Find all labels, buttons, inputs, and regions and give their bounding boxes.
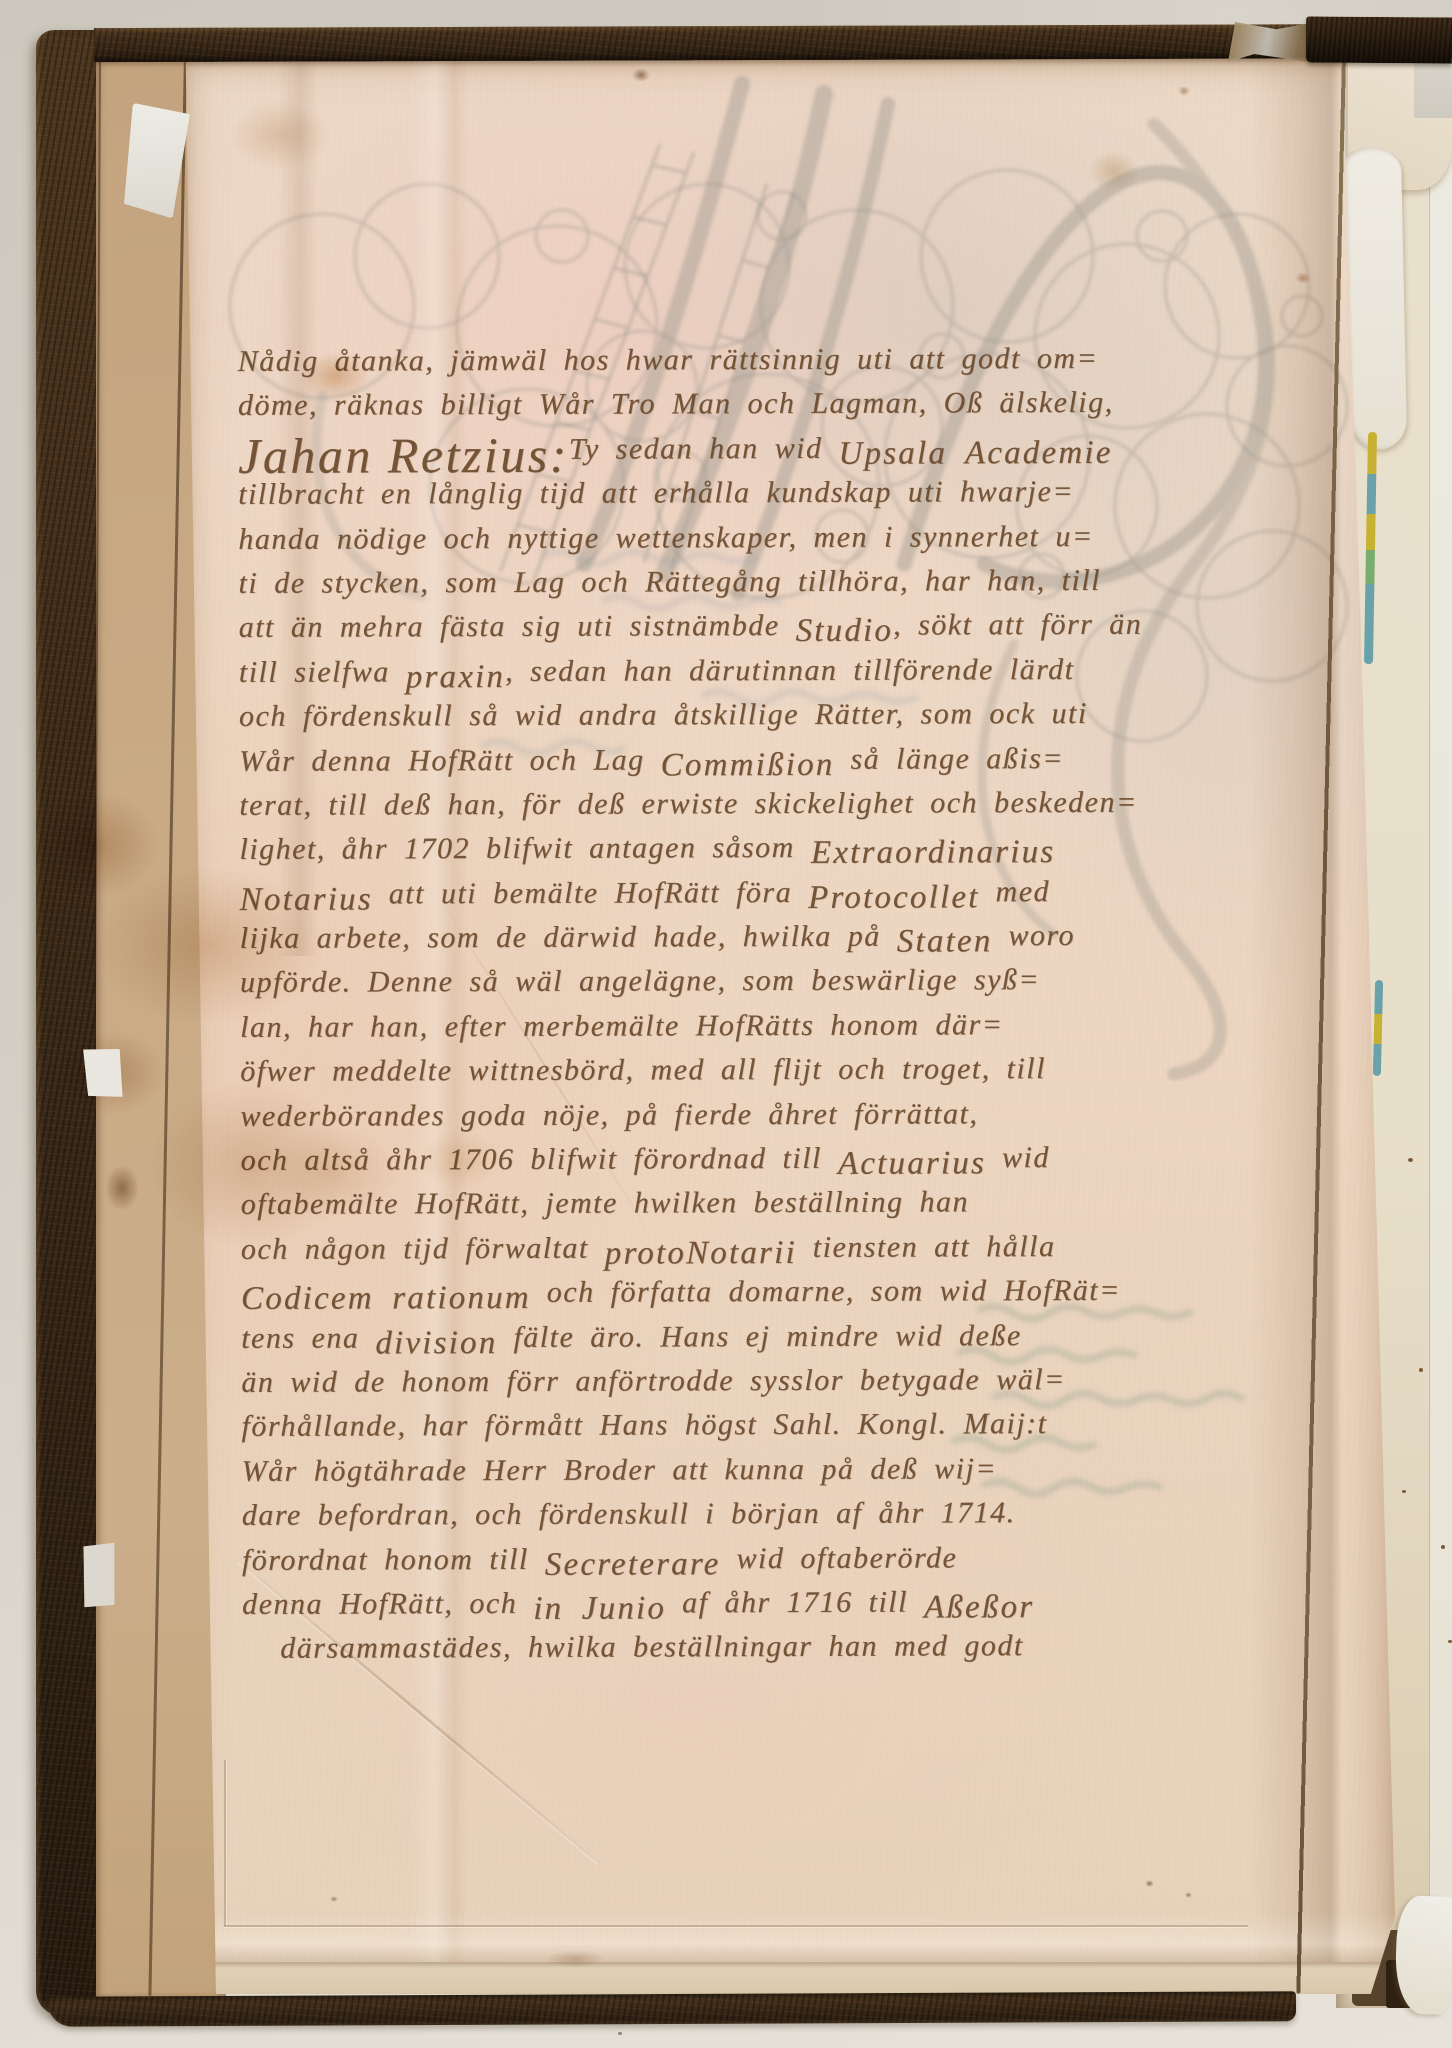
manuscript-segment: in Junio <box>533 1586 666 1631</box>
page-corner-curl <box>1394 1895 1452 2015</box>
manuscript-segment: praxin <box>406 655 506 700</box>
fox-speck <box>1408 1158 1413 1162</box>
manuscript-segment: wederbörandes goda nöje, på fierde åhret… <box>240 1097 978 1133</box>
manuscript-segment: Jahan Retzius: <box>238 433 569 479</box>
manuscript-segment: förhållande, har förmått Hans högst Sahl… <box>241 1407 1047 1443</box>
manuscript-segment: protoNotarii <box>605 1231 797 1276</box>
manuscript-line: och någon tijd förwaltat protoNotarii ti… <box>241 1224 1341 1272</box>
manuscript-line: till sielfwa praxin, sedan han därutinna… <box>239 647 1339 695</box>
manuscript-line: Nådig åtanka, jämwäl hos hwar rättsinnig… <box>238 336 1338 384</box>
manuscript-segment: tiensten att hålla <box>797 1230 1056 1264</box>
manuscript-segment: woro <box>992 919 1075 952</box>
manuscript-line: terat, till deß han, för deß erwiste ski… <box>239 780 1339 828</box>
far-page-edge <box>1429 72 1452 2008</box>
manuscript-line: ti de stycken, som Lag och Rättegång til… <box>238 558 1338 606</box>
manuscript-line: denna HofRätt, och in Junio af åhr 1716 … <box>242 1579 1342 1627</box>
manuscript-segment: därsammastädes, hwilka beställningar han… <box>280 1630 1024 1666</box>
manuscript-segment: öfwer meddelte wittnesbörd, med all flij… <box>240 1052 1046 1088</box>
page-bottom-deckle-edge <box>188 1962 1388 1994</box>
manuscript-segment: förordnat honom till <box>242 1542 545 1576</box>
manuscript-segment: Nådig åtanka, jämwäl hos hwar rättsinnig… <box>238 342 1099 378</box>
manuscript-segment: wid <box>986 1141 1050 1174</box>
manuscript-line: oftabemälte HofRätt, jemte hwilken bestä… <box>241 1180 1341 1228</box>
manuscript-segment: Extraordinarius <box>811 830 1056 875</box>
manuscript-line: dare befordran, och fördenskull i början… <box>242 1490 1342 1538</box>
fox-speck <box>1448 1640 1452 1643</box>
manuscript-line: lijka arbete, som de därwid hade, hwilka… <box>240 913 1340 961</box>
background-gap <box>1414 58 1452 118</box>
manuscript-text: Nådig åtanka, jämwäl hos hwar rättsinnig… <box>238 336 1343 1672</box>
manuscript-segment: wid oftaberörde <box>720 1541 957 1575</box>
manuscript-segment: dare befordran, och fördenskull i början… <box>242 1496 1016 1532</box>
manuscript-segment: tillbracht en långlig tijd att erhålla k… <box>238 475 1074 511</box>
manuscript-segment: Wår högtährade Herr Broder att kunna på … <box>242 1452 998 1488</box>
manuscript-line: lan, har han, efter merbemälte HofRätts … <box>240 1002 1340 1050</box>
paper-fragment <box>80 1541 117 1609</box>
manuscript-segment: Aßeßor <box>924 1585 1035 1630</box>
manuscript-segment: så länge aßis= <box>834 742 1064 776</box>
manuscript-segment: Staten <box>897 919 993 964</box>
manuscript-segment: Upsala Academie <box>838 431 1112 476</box>
manuscript-segment: med <box>979 875 1050 908</box>
manuscript-segment: Codicem rationum <box>241 1276 531 1321</box>
manuscript-segment: Commißion <box>661 742 835 787</box>
manuscript-segment: tens ena <box>241 1321 375 1354</box>
manuscript-line: Notarius att uti bemälte HofRätt föra Pr… <box>240 869 1340 917</box>
manuscript-segment: till sielfwa <box>239 655 406 689</box>
manuscript-segment: handa nödige och nyttige wettenskaper, m… <box>238 520 1093 556</box>
manuscript-segment: denna HofRätt, och <box>242 1587 533 1621</box>
manuscript-line: Wår högtährade Herr Broder att kunna på … <box>242 1446 1342 1494</box>
manuscript-segment: och författa domarne, som wid HofRät= <box>531 1274 1121 1309</box>
manuscript-segment: lan, har han, efter merbemälte HofRätts … <box>240 1008 1003 1044</box>
manuscript-line: öfwer meddelte wittnesbörd, med all flij… <box>240 1046 1340 1094</box>
manuscript-segment: att uti bemälte HofRätt föra <box>373 876 808 911</box>
manuscript-line: wederbörandes goda nöje, på fierde åhret… <box>240 1091 1340 1139</box>
manuscript-line: upförde. Denne så wäl angelägne, som bes… <box>240 958 1340 1006</box>
manuscript-segment: ti de stycken, som Lag och Rättegång til… <box>238 564 1101 600</box>
impressed-border-line <box>224 1760 226 1926</box>
manuscript-segment: än wid de honom förr anförtrodde sysslor… <box>241 1363 1066 1399</box>
bottom-fold-highlight <box>182 1912 1395 1970</box>
cover-corner-fragment <box>1306 16 1452 63</box>
manuscript-segment: Protocollet <box>808 875 980 920</box>
manuscript-segment: Actuarius <box>838 1141 986 1186</box>
fox-speck <box>1419 1368 1423 1372</box>
manuscript-segment: Wår denna HofRätt och Lag <box>239 743 661 777</box>
manuscript-line: lighet, åhr 1702 blifwit antagen såsom E… <box>239 824 1339 872</box>
manuscript-line: förhållande, har förmått Hans högst Sahl… <box>241 1401 1341 1449</box>
manuscript-line: därsammastädes, hwilka beställningar han… <box>242 1623 1342 1671</box>
manuscript-segment: , sedan han därutinnan tillförende lärdt <box>505 653 1075 688</box>
manuscript-segment: oftabemälte HofRätt, jemte hwilken bestä… <box>241 1186 969 1222</box>
fox-speck <box>1441 1545 1445 1549</box>
manuscript-segment: och fördenskull så wid andra åtskillige … <box>239 697 1088 733</box>
manuscript-line: att än mehra fästa sig uti sistnämbde St… <box>239 602 1339 650</box>
manuscript-segment: Notarius <box>240 877 373 922</box>
manuscript-line: handa nödige och nyttige wettenskaper, m… <box>238 514 1338 562</box>
fox-speck <box>1402 1490 1406 1493</box>
manuscript-line: tillbracht en långlig tijd att erhålla k… <box>238 469 1338 517</box>
manuscript-segment: att än mehra fästa sig uti sistnämbde <box>239 609 796 644</box>
manuscript-line: Wår denna HofRätt och Lag Commißion så l… <box>239 736 1339 784</box>
marbled-edge-decoration <box>1364 432 1377 664</box>
dust-speck <box>618 2032 622 2035</box>
manuscript-segment: fälte äro. Hans ej mindre wid deße <box>497 1319 1021 1354</box>
manuscript-segment: division <box>375 1321 497 1366</box>
manuscript-segment: af åhr 1716 till <box>666 1585 924 1619</box>
manuscript-line: Jahan Retzius: Ty sedan han wid Upsala A… <box>238 425 1338 473</box>
manuscript-line: och fördenskull så wid andra åtskillige … <box>239 691 1339 739</box>
manuscript-segment: Secreterare <box>545 1542 721 1587</box>
manuscript-page: Nådig åtanka, jämwäl hos hwar rättsinnig… <box>182 56 1395 1994</box>
manuscript-segment: lighet, åhr 1702 blifwit antagen såsom <box>239 831 810 866</box>
manuscript-line: Codicem rationum och författa domarne, s… <box>241 1268 1341 1316</box>
manuscript-segment: upförde. Denne så wäl angelägne, som bes… <box>240 964 1040 1000</box>
manuscript-line: och altså åhr 1706 blifwit förordnad til… <box>240 1135 1340 1183</box>
manuscript-segment: lijka arbete, som de därwid hade, hwilka… <box>240 920 897 955</box>
book-cover-bottom-edge <box>48 1991 1296 2026</box>
manuscript-segment: och altså åhr 1706 blifwit förordnad til… <box>240 1142 837 1177</box>
manuscript-segment: döme, räknas billigt Wår Tro Man och Lag… <box>238 386 1114 422</box>
manuscript-segment: Studio <box>795 609 893 654</box>
manuscript-line: förordnat honom till Secreterare wid oft… <box>242 1535 1342 1583</box>
manuscript-segment: terat, till deß han, för deß erwiste ski… <box>239 786 1138 822</box>
manuscript-segment: Ty sedan han wid <box>569 432 839 466</box>
manuscript-segment: och någon tijd förwaltat <box>241 1231 605 1265</box>
manuscript-line: döme, räknas billigt Wår Tro Man och Lag… <box>238 380 1338 428</box>
marbled-edge-decoration <box>1373 980 1383 1076</box>
manuscript-segment: , sökt att förr än <box>893 608 1142 642</box>
impressed-border-line <box>224 1925 1248 1927</box>
scanned-manuscript-photo: Nådig åtanka, jämwäl hos hwar rättsinnig… <box>0 0 1452 2048</box>
